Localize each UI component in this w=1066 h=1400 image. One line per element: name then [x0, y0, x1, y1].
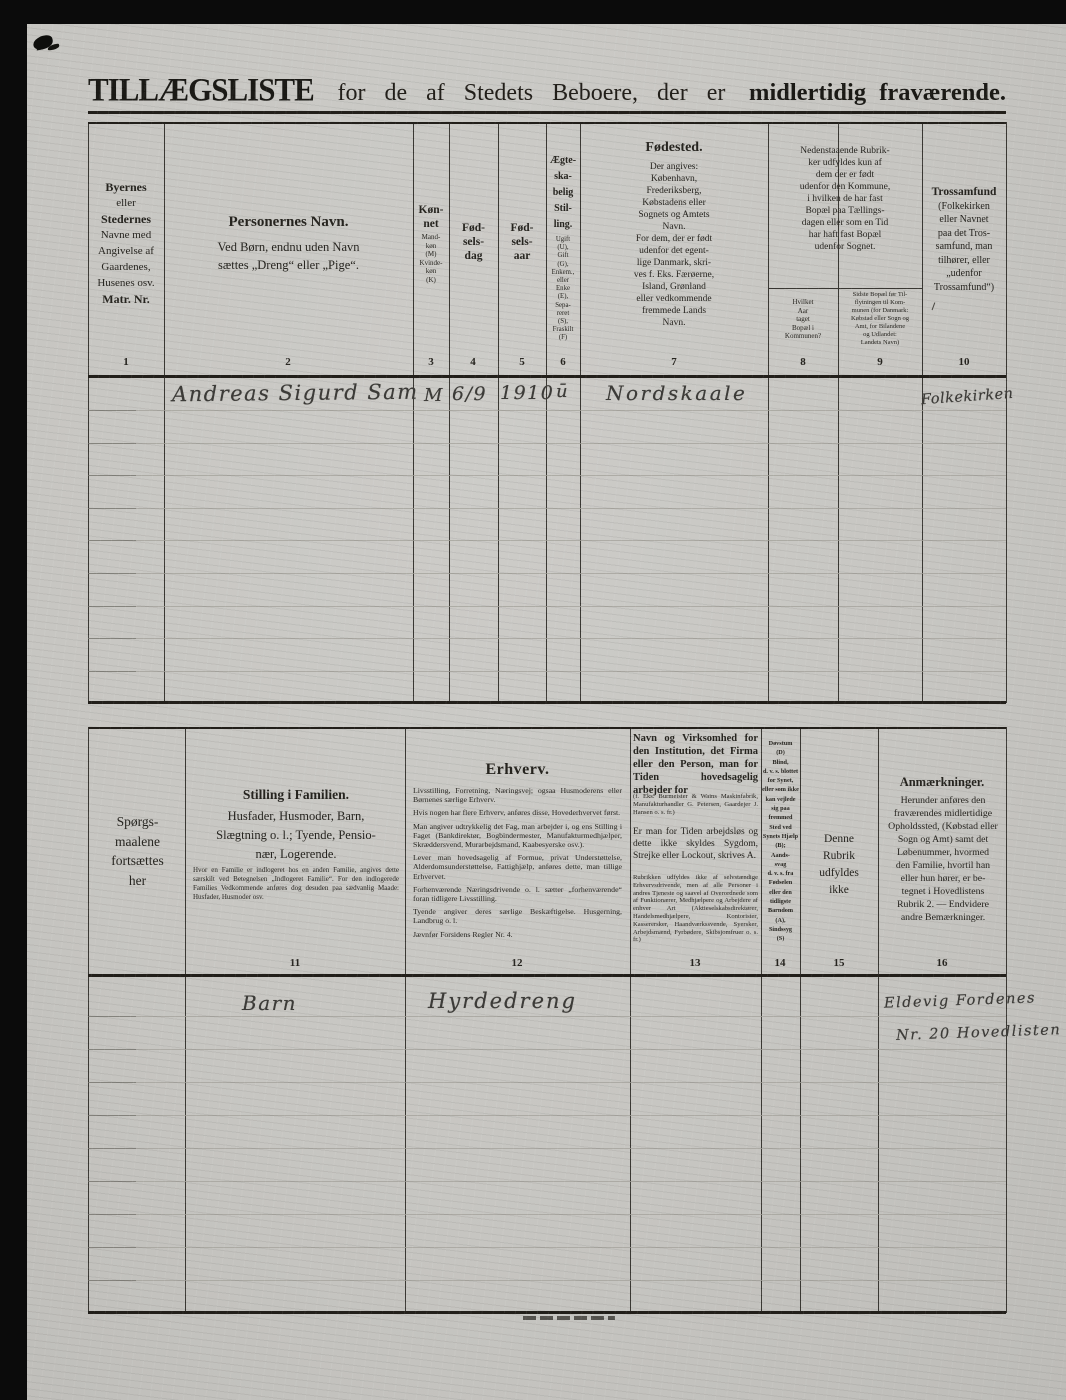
stray-ink-mark	[930, 302, 936, 311]
text-line: d. v. s. blottet	[762, 767, 799, 776]
grid-line	[88, 727, 89, 1313]
text-line: ling.	[547, 217, 579, 233]
paragraph: Jævnfør Forsidens Regler Nr. 4.	[413, 930, 622, 939]
text-line: tegnet i Hovedlistens	[882, 885, 1004, 898]
col-number-10: 10	[942, 356, 986, 368]
col-number-8: 8	[781, 356, 825, 368]
ink-blot	[32, 34, 55, 51]
col-number-3: 3	[409, 356, 453, 368]
ruled-entry-line	[88, 443, 1006, 444]
text-line: sættes „Dreng“ eller „Pige“.	[166, 256, 411, 274]
text-line: eller den	[762, 888, 799, 897]
census-form-page: TILLÆGSLISTE for de af Stedets Beboere, …	[0, 0, 1066, 1400]
text-line: Husfader, Husmoder, Barn,	[187, 807, 405, 826]
col9-header-last-residence: Sidste Bopæl før Til-flytningen til Kom-…	[840, 291, 920, 347]
text-line: Rubrik 2. — Endvidere	[882, 898, 1004, 911]
text-line: (D)	[762, 748, 799, 757]
text-line: Navn.	[584, 221, 764, 233]
text-line: Aands-	[762, 851, 799, 860]
text-line: Fød-	[499, 221, 545, 235]
text-line: Aar	[770, 307, 836, 316]
paragraph: Man angiver udtrykkelig det Fag, man arb…	[413, 822, 622, 850]
grid-line	[88, 111, 1006, 114]
col3-header-sex-title: Køn-net	[414, 203, 448, 231]
scan-edge-top	[0, 0, 1066, 24]
text-line: Enkem.,	[547, 269, 579, 277]
text-line: Kvinde-	[414, 259, 448, 268]
text-line: Fødselen	[762, 878, 799, 887]
text-line: svag	[762, 860, 799, 869]
col-number-6: 6	[541, 356, 585, 368]
ruled-entry-line	[88, 1082, 1006, 1083]
scan-edge-left	[0, 0, 27, 1400]
text-line: „udenfor	[924, 267, 1004, 281]
ruled-entry-line	[88, 1115, 1006, 1116]
text-line: udfyldes	[802, 865, 876, 882]
text-line: for Synet,	[762, 776, 799, 785]
grid-line	[449, 122, 450, 703]
text-line: Der angives:	[584, 161, 764, 173]
col11-header-family-position-lines: Husfader, Husmoder, Barn,Slægtning o. l.…	[187, 807, 405, 864]
col11-header-family-position-fine: Hvor en Familie er indlogeret hos en and…	[193, 866, 399, 902]
col8-header-year-moved: HvilketAartagetBopæl iKommunen?	[770, 298, 836, 341]
grid-line	[1006, 727, 1007, 1313]
text-line: sels-	[450, 235, 497, 249]
grid-line	[922, 122, 923, 703]
text-line: Købstad eller Sogn og	[840, 315, 920, 323]
text-line: Købstadens eller	[584, 197, 764, 209]
grid-line	[1006, 122, 1007, 703]
col-number-4: 4	[451, 356, 495, 368]
grid-line	[768, 288, 922, 289]
text-line: Landets Navn)	[840, 339, 920, 347]
text-line: Bopæl i	[770, 324, 836, 333]
text-line: Angivelse af	[90, 243, 162, 259]
text-line: Spørgs-	[92, 812, 183, 832]
text-line: Sognets og Amtets	[584, 209, 764, 221]
text-line: dagen eller som en Tid	[770, 217, 920, 229]
text-line: Blind,	[762, 758, 799, 767]
text-line: ikke	[802, 882, 876, 899]
text-line: (M)	[414, 250, 448, 259]
text-line: (G),	[547, 261, 579, 269]
ruled-entry-line	[88, 1214, 1006, 1215]
text-line: Enke	[547, 285, 579, 293]
text-line: (B);	[762, 841, 799, 850]
text-line: eller Navnet	[924, 213, 1004, 227]
text-line: (F)	[547, 334, 579, 342]
grid-line	[768, 122, 769, 703]
entry-person-name: Andreas Sigurd Sam	[172, 380, 419, 407]
ruled-entry-line	[88, 606, 1006, 607]
text-line: og Udlandet:	[840, 331, 920, 339]
text-line: fortsættes	[92, 851, 183, 871]
text-line: dem der er født	[770, 169, 920, 181]
paragraph: Lever man hovedsagelig af Formue, privat…	[413, 853, 622, 881]
grid-line	[878, 727, 879, 1313]
entry-religion: Folkekirken	[921, 386, 1014, 408]
text-line: Opholdssted, (Købstad eller	[882, 820, 1004, 833]
entry-birthplace: Nordskaale	[606, 381, 747, 405]
ruled-entry-line	[88, 540, 1006, 541]
text-line: munen (for Danmark:	[840, 307, 920, 315]
text-line: Ugift	[547, 236, 579, 244]
text-line: (U),	[547, 244, 579, 252]
text-line: net	[414, 217, 448, 231]
entry-remark-list-number: Nr. 20 Hovedlisten	[896, 1022, 1062, 1044]
grid-line	[88, 122, 1006, 124]
text-line: Hvilket	[770, 298, 836, 307]
col8-9-shared-header: Nedenstaaende Rubrik-ker udfyldes kun af…	[770, 145, 920, 253]
grid-line	[88, 122, 89, 703]
text-line: fraværendes midlertidige	[882, 807, 1004, 820]
col11-header-family-position-title: Stilling i Familien.	[187, 787, 405, 803]
grid-line	[405, 727, 406, 1313]
entry-birth-year: 1910	[500, 382, 554, 404]
text-line: kan vejlede	[762, 795, 799, 804]
col13-header-unemployed-note: Er man for Tiden arbejdsløs og dette ikk…	[633, 826, 758, 862]
text-line: Bopæl paa Tællings-	[770, 205, 920, 217]
grid-line	[88, 727, 1006, 729]
col12-header-occupation-title: Erhverv.	[407, 761, 628, 779]
text-line: ker udfyldes kun af	[770, 157, 920, 169]
form-title-emphasis: midlertidig fraværende.	[749, 79, 1006, 107]
ruled-entry-line	[88, 1280, 1006, 1281]
col10-header-religion: Trossamfund(Folkekirkeneller Navnetpaa d…	[924, 186, 1004, 294]
grid-line	[498, 122, 499, 703]
ruled-entry-line	[88, 671, 1006, 672]
ruled-entry-line	[88, 1247, 1006, 1248]
ruled-entry-line	[88, 573, 1006, 574]
entry-sex: M	[424, 385, 444, 406]
text-line: maalene	[92, 832, 183, 852]
text-line: udenfor den Kommune,	[770, 181, 920, 193]
text-line: tilhører, eller	[924, 254, 1004, 268]
text-line: Herunder anføres den	[882, 794, 1004, 807]
text-line: Gift	[547, 252, 579, 260]
text-line: (K)	[414, 276, 448, 285]
text-line: Gaardenes,	[90, 259, 162, 275]
col4-header-birthday: Fød-sels-dag	[450, 221, 497, 263]
col-number-11: 11	[273, 957, 317, 969]
col-number-15: 15	[817, 957, 861, 969]
text-line: Trossamfund“)	[924, 281, 1004, 295]
text-line: (E),	[547, 293, 579, 301]
text-line: Navne med	[90, 227, 162, 243]
text-line: Sted ved	[762, 823, 799, 832]
side-note-questions-continue: Spørgs-maalenefortsættesher	[92, 812, 183, 890]
text-line: i hvilken de har fast	[770, 193, 920, 205]
text-line: (S)	[762, 934, 799, 943]
col-number-2: 2	[266, 356, 310, 368]
text-line: Denne	[802, 831, 876, 848]
text-line: fremmede Lands	[584, 305, 764, 317]
text-line: Døvstum	[762, 739, 799, 748]
col16-header-remarks-body: Herunder anføres denfraværendes midlerti…	[882, 794, 1004, 924]
text-line: Trossamfund	[924, 186, 1004, 200]
text-line: eller vedkommende	[584, 293, 764, 305]
text-line: Sepa-	[547, 302, 579, 310]
text-line: Slægtning o. l.; Tyende, Pensio-	[187, 826, 405, 845]
col-number-1: 1	[104, 356, 148, 368]
col-number-16: 16	[920, 957, 964, 969]
text-line: Byernes	[90, 179, 162, 195]
ruled-entry-line	[88, 1049, 1006, 1050]
ruled-entry-line	[88, 1181, 1006, 1182]
text-line: eller	[547, 277, 579, 285]
entry-marital-status: ū	[556, 381, 569, 402]
text-line: Køn-	[414, 203, 448, 217]
text-line: (Folkekirken	[924, 200, 1004, 214]
col-number-5: 5	[500, 356, 544, 368]
text-line: Fraskilt	[547, 326, 579, 334]
text-line: Synets Hjælp	[762, 832, 799, 841]
col13-header-employer-examples: (f. Eks. Burmeister & Wains Maskinfabrik…	[633, 793, 758, 816]
text-line: Sindssyg	[762, 925, 799, 934]
grid-line	[185, 727, 186, 1313]
col2-header-name-title: Personernes Navn.	[166, 214, 411, 231]
text-line: Rubrik	[802, 848, 876, 865]
text-line: d. v. s. fra	[762, 869, 799, 878]
col-number-9: 9	[858, 356, 902, 368]
text-line: Ægte-	[547, 153, 579, 169]
text-line: sels-	[499, 235, 545, 249]
grid-line	[88, 701, 1006, 704]
text-line: Matr. Nr.	[90, 291, 162, 307]
col1-header-place-matrnr: ByernesellerStedernesNavne medAngivelse …	[90, 179, 162, 307]
col15-header-do-not-fill: DenneRubrikudfyldesikke	[802, 831, 876, 899]
text-line: Island, Grønland	[584, 281, 764, 293]
ruled-entry-line	[88, 1016, 1006, 1017]
text-line: reret	[547, 310, 579, 318]
text-line: (S),	[547, 318, 579, 326]
ruled-entry-line	[88, 638, 1006, 639]
col7-header-birthplace-title: Fødested.	[582, 140, 766, 156]
col7-header-birthplace-body: Der angives:København,Frederiksberg,Købs…	[584, 161, 764, 329]
text-line: Nedenstaaende Rubrik-	[770, 145, 920, 157]
paragraph: Forhenværende Næringsdrivende o. l. sætt…	[413, 885, 622, 903]
col6-header-marital-title: Ægte-ska-beligStil-ling.	[547, 153, 579, 233]
text-line: Stedernes	[90, 211, 162, 227]
grid-line	[88, 974, 1006, 977]
text-line: Amt, for Bilandene	[840, 323, 920, 331]
text-line: køn	[414, 242, 448, 251]
col2-header-name-sub: Ved Børn, endnu uden Navnsættes „Dreng“ …	[166, 238, 411, 274]
text-line: Løbenummer, hvormed	[882, 846, 1004, 859]
text-line: aar	[499, 249, 545, 263]
col13-header-employer-title: Navn og Virksomhed for den Institution, …	[633, 732, 758, 797]
text-line: ska-	[547, 169, 579, 185]
paragraph: Tyende angiver deres særlige Beskæftigel…	[413, 907, 622, 925]
form-title: TILLÆGSLISTE for de af Stedets Beboere, …	[88, 72, 1006, 108]
text-line: Sidste Bopæl før Til-	[840, 291, 920, 299]
ruled-entry-line	[88, 475, 1006, 476]
col14-header-disabilities: Døvstum(D)Blind,d. v. s. blottetfor Syne…	[762, 739, 799, 944]
col-number-14: 14	[758, 957, 802, 969]
text-line: Frederiksberg,	[584, 185, 764, 197]
text-line: flytningen til Kom-	[840, 299, 920, 307]
text-line: Barndom	[762, 906, 799, 915]
grid-line	[88, 1311, 1006, 1314]
entry-occupation: Hyrdedreng	[428, 989, 577, 1013]
text-line: eller som ikke	[762, 785, 799, 794]
col3-header-sex-sub: Mand-køn(M)Kvinde-køn(K)	[414, 233, 448, 285]
grid-line	[88, 375, 1006, 378]
ruled-entry-line	[88, 410, 1006, 411]
col13-header-scope-note: Rubrikken udfyldes ikke af selvstændige …	[633, 874, 758, 944]
text-line: (A),	[762, 916, 799, 925]
text-line: nær, Logerende.	[187, 845, 405, 864]
paragraph: Livsstilling, Forretning, Næringsvej; og…	[413, 786, 622, 804]
text-line: Mand-	[414, 233, 448, 242]
text-line: eller hun hører, er be-	[882, 872, 1004, 885]
entry-birth-day: 6/9	[452, 383, 487, 405]
col6-header-marital-sub: Ugift(U),Gift(G),Enkem.,ellerEnke(E),Sep…	[547, 236, 579, 343]
text-line: Husenes osv.	[90, 275, 162, 291]
col-number-12: 12	[495, 957, 539, 969]
text-line: Stil-	[547, 201, 579, 217]
col16-header-remarks-title: Anmærkninger.	[880, 775, 1004, 790]
ruled-entry-line	[88, 1148, 1006, 1149]
ruled-entry-line	[88, 508, 1006, 509]
col12-header-occupation-paragraphs: Livsstilling, Forretning, Næringsvej; og…	[413, 786, 622, 943]
col5-header-birthyear: Fød-sels-aar	[499, 221, 545, 263]
text-line: udenfor Sognet.	[770, 241, 920, 253]
col-number-13: 13	[673, 957, 717, 969]
text-line: eller	[90, 195, 162, 211]
grid-line	[580, 122, 581, 703]
text-line: køn	[414, 267, 448, 276]
text-line: belig	[547, 185, 579, 201]
text-line: andre Bemærkninger.	[882, 911, 1004, 924]
text-line: udenfor det egent-	[584, 245, 764, 257]
text-line: fremmed	[762, 813, 799, 822]
text-line: For dem, der er født	[584, 233, 764, 245]
paragraph: Hvis nogen har flere Erhverv, anføres di…	[413, 808, 622, 817]
grid-line	[164, 122, 165, 703]
grid-line	[630, 727, 631, 1313]
col-number-7: 7	[652, 356, 696, 368]
text-line: den Familie, hvortil han	[882, 859, 1004, 872]
entry-remark-location: Eldevig Fordenes	[884, 990, 1036, 1011]
text-line: Sogn og Amt) samt det	[882, 833, 1004, 846]
text-line: dag	[450, 249, 497, 263]
text-line: her	[92, 871, 183, 891]
form-title-main: TILLÆGSLISTE	[88, 71, 314, 109]
grid-line	[800, 727, 801, 1313]
printer-mark-smudge	[523, 1316, 615, 1320]
form-title-middle: for de af Stedets Beboere, der er	[337, 80, 725, 107]
text-line: paa det Tros-	[924, 227, 1004, 241]
text-line: Fød-	[450, 221, 497, 235]
text-line: ves f. Eks. Færøerne,	[584, 269, 764, 281]
text-line: taget	[770, 315, 836, 324]
text-line: Kommunen?	[770, 332, 836, 341]
text-line: har haft fast Bopæl	[770, 229, 920, 241]
text-line: tidligste	[762, 897, 799, 906]
text-line: Ved Børn, endnu uden Navn	[166, 238, 411, 256]
entry-family-position: Barn	[242, 991, 297, 1015]
text-line: Navn.	[584, 317, 764, 329]
text-line: lige Danmark, skri-	[584, 257, 764, 269]
text-line: samfund, man	[924, 240, 1004, 254]
text-line: København,	[584, 173, 764, 185]
text-line: sig paa	[762, 804, 799, 813]
